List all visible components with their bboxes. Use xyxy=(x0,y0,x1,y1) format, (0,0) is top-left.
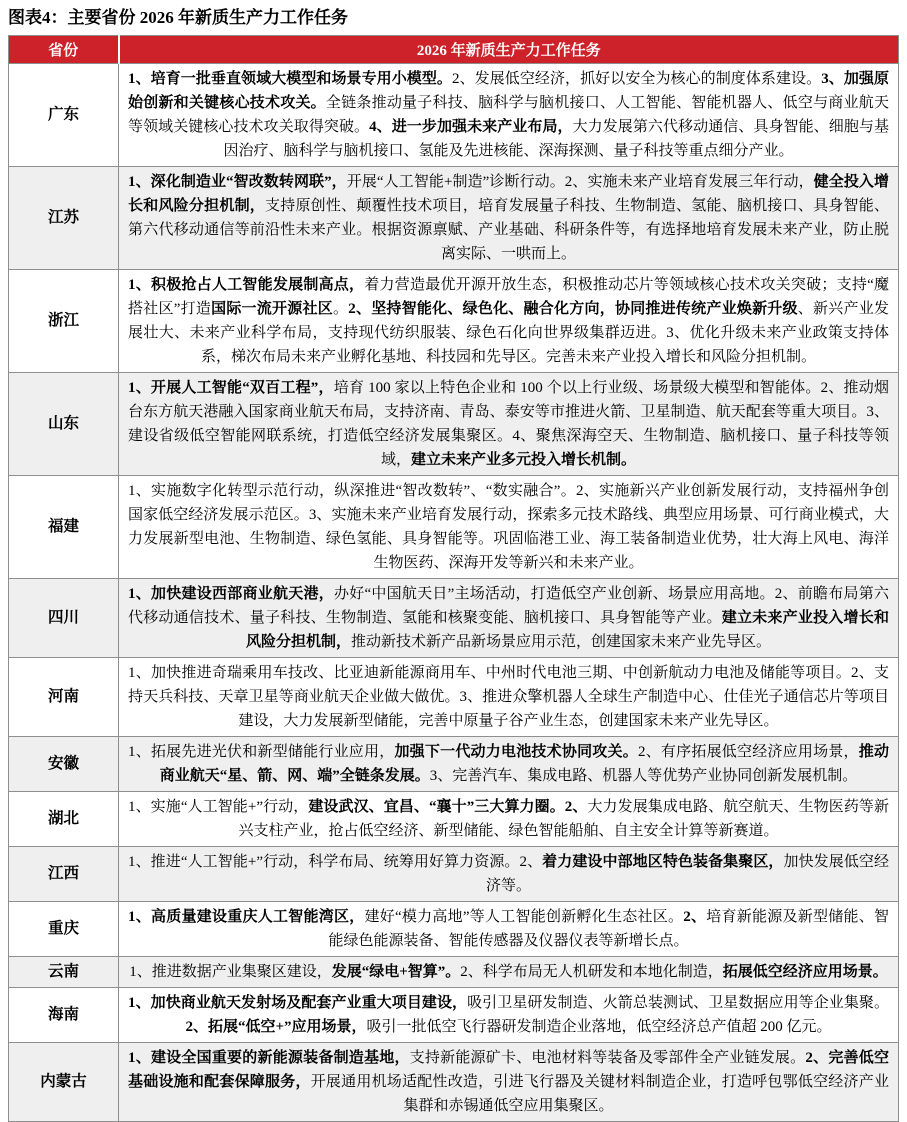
task-cell: 1、深化制造业“智改数转网联”，开展“人工智能+制造”诊断行动。2、实施未来产业… xyxy=(119,167,899,270)
task-text-bold: 着力建设中部地区特色装备集聚区， xyxy=(542,854,783,870)
task-text: 1、拓展先进光伏和新型储能行业应用， xyxy=(128,744,394,760)
task-cell: 1、加快商业航天发射场及配套产业重大项目建设，吸引卫星研发制造、火箭总装测试、卫… xyxy=(119,988,899,1043)
task-text-bold: 1、加快商业航天发射场及配套产业重大项目建设， xyxy=(128,995,467,1011)
province-cell: 重庆 xyxy=(9,902,119,957)
table-row: 湖北1、实施“人工智能+”行动，建设武汉、宜昌、“襄十”三大算力圈。2、大力发展… xyxy=(9,792,899,847)
province-cell: 江苏 xyxy=(9,167,119,270)
table-row: 广东1、培育一批垂直领域大模型和场景专用小模型。2、发展低空经济，抓好以安全为核… xyxy=(9,64,899,167)
task-cell: 1、推进数据产业集聚区建设，发展“绿电+智算”。2、科学布局无人机研发和本地化制… xyxy=(119,957,899,988)
table-row: 浙江1、积极抢占人工智能发展制高点，着力营造最优开源开放生态，积极推动芯片等领域… xyxy=(9,270,899,373)
task-text: 2、有序拓展低空经济应用场景， xyxy=(638,744,859,760)
header-province: 省份 xyxy=(9,36,119,64)
task-text: 1、实施“人工智能+”行动， xyxy=(128,799,308,815)
table-row: 内蒙古1、建设全国重要的新能源装备制造基地，支持新能源矿卡、电池材料等装备及零部… xyxy=(9,1043,899,1122)
task-text: 吸引卫星研发制造、火箭总装测试、卫星数据应用等企业集聚。 xyxy=(467,995,889,1011)
task-text: 3、完善汽车、集成电路、机器人等优势产业协同创新发展机制。 xyxy=(430,768,858,784)
task-cell: 1、实施“人工智能+”行动，建设武汉、宜昌、“襄十”三大算力圈。2、大力发展集成… xyxy=(119,792,899,847)
table-row: 重庆1、高质量建设重庆人工智能湾区，建好“模力高地”等人工智能创新孵化生态社区。… xyxy=(9,902,899,957)
task-text: 建好“模力高地”等人工智能创新孵化生态社区。 xyxy=(364,909,683,925)
task-text-bold: 1、开展人工智能“双百工程”， xyxy=(128,380,334,396)
figure-title: 图表4：主要省份 2026 年新质生产力工作任务 xyxy=(8,7,899,29)
table-row: 福建1、实施数字化转型示范行动，纵深推进“智改数转”、“数实融合”。2、实施新兴… xyxy=(9,476,899,579)
table-row: 江苏1、深化制造业“智改数转网联”，开展“人工智能+制造”诊断行动。2、实施未来… xyxy=(9,167,899,270)
province-cell: 海南 xyxy=(9,988,119,1043)
province-cell: 浙江 xyxy=(9,270,119,373)
report-figure: 图表4：主要省份 2026 年新质生产力工作任务 省份 2026 年新质生产力工… xyxy=(0,0,907,1122)
province-cell: 安徽 xyxy=(9,737,119,792)
table-row: 海南1、加快商业航天发射场及配套产业重大项目建设，吸引卫星研发制造、火箭总装测试… xyxy=(9,988,899,1043)
task-text: 支持新能源矿卡、电池材料等装备及零部件全产业链发展。 xyxy=(410,1050,806,1066)
province-tasks-table: 省份 2026 年新质生产力工作任务 广东1、培育一批垂直领域大模型和场景专用小… xyxy=(8,35,899,1122)
task-text-bold: 建立未来产业多元投入增长机制。 xyxy=(411,452,636,468)
task-text-bold: 2、拓展“低空+”应用场景， xyxy=(185,1019,366,1035)
table-row: 河南1、加快推进奇瑞乘用车技改、比亚迪新能源商用车、中州时代电池三期、中创新航动… xyxy=(9,658,899,737)
task-text: 2、科学布局无人机研发和本地化制造， xyxy=(460,964,723,980)
table-row: 四川1、加快建设西部商业航天港，办好“中国航天日”主场活动，打造低空产业创新、场… xyxy=(9,579,899,658)
task-text-bold: 加强下一代动力电池技术协同攻关。 xyxy=(394,744,638,760)
task-cell: 1、建设全国重要的新能源装备制造基地，支持新能源矿卡、电池材料等装备及零部件全产… xyxy=(119,1043,899,1122)
task-text-bold: 2、坚持智能化、绿色化、融合化方向，协同推进传统产业焕新升级 xyxy=(348,301,798,317)
task-cell: 1、推进“人工智能+”行动，科学布局、统筹用好算力资源。2、着力建设中部地区特色… xyxy=(119,847,899,902)
header-tasks: 2026 年新质生产力工作任务 xyxy=(119,36,899,64)
task-cell: 1、培育一批垂直领域大模型和场景专用小模型。2、发展低空经济，抓好以安全为核心的… xyxy=(119,64,899,167)
province-cell: 江西 xyxy=(9,847,119,902)
table-body: 广东1、培育一批垂直领域大模型和场景专用小模型。2、发展低空经济，抓好以安全为核… xyxy=(9,64,899,1122)
task-text-bold: 1、培育一批垂直领域大模型和场景专用小模型。 xyxy=(128,71,452,87)
task-text: 开展“人工智能+制造”诊断行动。2、实施未来产业培育发展三年行动， xyxy=(347,174,814,190)
task-cell: 1、开展人工智能“双百工程”，培育 100 家以上特色企业和 100 个以上行业… xyxy=(119,373,899,476)
task-text-bold: 1、建设全国重要的新能源装备制造基地， xyxy=(128,1050,410,1066)
table-row: 安徽1、拓展先进光伏和新型储能行业应用，加强下一代动力电池技术协同攻关。2、有序… xyxy=(9,737,899,792)
task-cell: 1、实施数字化转型示范行动，纵深推进“智改数转”、“数实融合”。2、实施新兴产业… xyxy=(119,476,899,579)
task-text-bold: 拓展低空经济应用场景。 xyxy=(723,964,888,980)
table-row: 江西1、推进“人工智能+”行动，科学布局、统筹用好算力资源。2、着力建设中部地区… xyxy=(9,847,899,902)
task-cell: 1、加快推进奇瑞乘用车技改、比亚迪新能源商用车、中州时代电池三期、中创新航动力电… xyxy=(119,658,899,737)
task-text-bold: 1、加快建设西部商业航天港， xyxy=(128,586,334,602)
province-cell: 山东 xyxy=(9,373,119,476)
table-row: 山东1、开展人工智能“双百工程”，培育 100 家以上特色企业和 100 个以上… xyxy=(9,373,899,476)
province-cell: 湖北 xyxy=(9,792,119,847)
province-cell: 福建 xyxy=(9,476,119,579)
province-cell: 内蒙古 xyxy=(9,1043,119,1122)
task-text-bold: 1、深化制造业“智改数转网联”， xyxy=(128,174,347,190)
task-cell: 1、高质量建设重庆人工智能湾区，建好“模力高地”等人工智能创新孵化生态社区。2、… xyxy=(119,902,899,957)
task-text-bold: 建设武汉、宜昌、“襄十”三大算力圈。2、 xyxy=(308,799,587,815)
province-cell: 广东 xyxy=(9,64,119,167)
task-text: 。 xyxy=(333,301,348,317)
task-text-bold: 2、 xyxy=(683,909,706,925)
task-text-bold: 国际一流开源社区 xyxy=(211,301,333,317)
task-text: 2、发展低空经济，抓好以安全为核心的制度体系建设。 xyxy=(452,71,821,87)
task-text: 推动新技术新产品新场景应用示范，创建国家未来产业先导区。 xyxy=(351,634,771,650)
task-cell: 1、拓展先进光伏和新型储能行业应用，加强下一代动力电池技术协同攻关。2、有序拓展… xyxy=(119,737,899,792)
table-header-row: 省份 2026 年新质生产力工作任务 xyxy=(9,36,899,64)
task-text: 1、加快推进奇瑞乘用车技改、比亚迪新能源商用车、中州时代电池三期、中创新航动力电… xyxy=(128,665,889,729)
table-row: 云南1、推进数据产业集聚区建设，发展“绿电+智算”。2、科学布局无人机研发和本地… xyxy=(9,957,899,988)
task-text-bold: 发展“绿电+智算”。 xyxy=(332,964,461,980)
task-text: 开展通用机场适配性改造，引进飞行器及关键材料制造企业，打造呼包鄂低空经济产业集群… xyxy=(311,1074,889,1114)
task-cell: 1、加快建设西部商业航天港，办好“中国航天日”主场活动，打造低空产业创新、场景应… xyxy=(119,579,899,658)
province-cell: 河南 xyxy=(9,658,119,737)
task-text: 吸引一批低空飞行器研发制造企业落地，低空经济总产值超 200 亿元。 xyxy=(367,1019,832,1035)
task-cell: 1、积极抢占人工智能发展制高点，着力营造最优开源开放生态，积极推动芯片等领域核心… xyxy=(119,270,899,373)
province-cell: 四川 xyxy=(9,579,119,658)
task-text-bold: 1、积极抢占人工智能发展制高点， xyxy=(128,277,364,293)
province-cell: 云南 xyxy=(9,957,119,988)
task-text-bold: 4、进一步加强未来产业布局， xyxy=(369,119,572,135)
task-text-bold: 1、高质量建设重庆人工智能湾区， xyxy=(128,909,364,925)
task-text: 1、实施数字化转型示范行动，纵深推进“智改数转”、“数实融合”。2、实施新兴产业… xyxy=(128,483,889,571)
task-text: 1、推进“人工智能+”行动，科学布局、统筹用好算力资源。2、 xyxy=(128,854,542,870)
task-text: 1、推进数据产业集聚区建设， xyxy=(129,964,332,980)
